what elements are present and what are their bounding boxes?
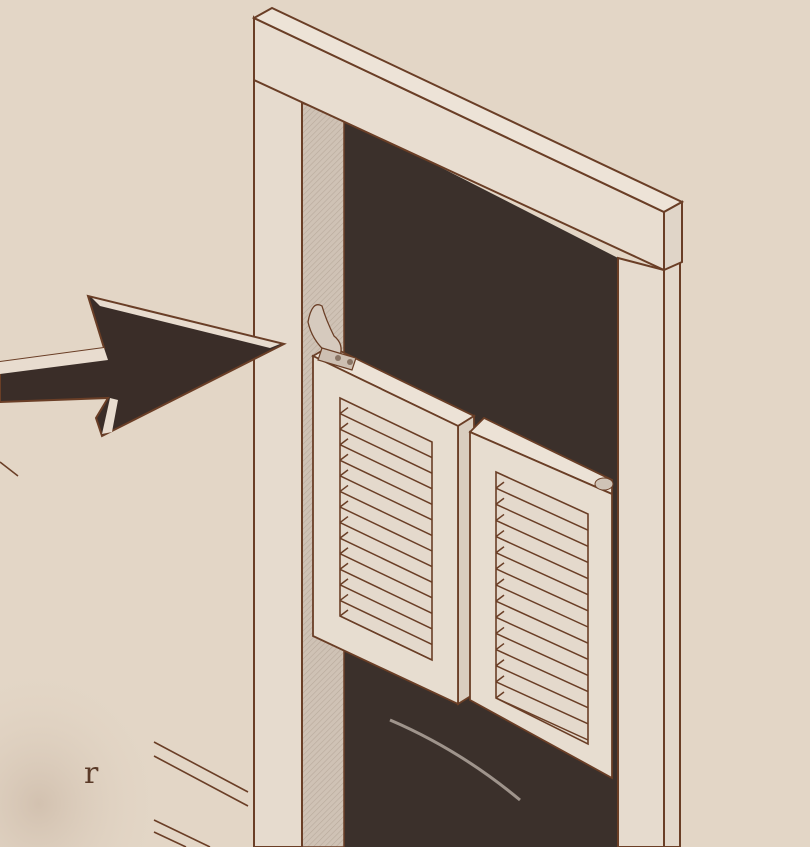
right-frame-post xyxy=(618,258,664,847)
header-beam-end xyxy=(664,202,682,270)
door-illustration xyxy=(0,0,810,847)
right-door-hinge xyxy=(595,478,613,490)
caption-fragment: r xyxy=(84,756,98,791)
left-frame-post xyxy=(254,18,302,847)
